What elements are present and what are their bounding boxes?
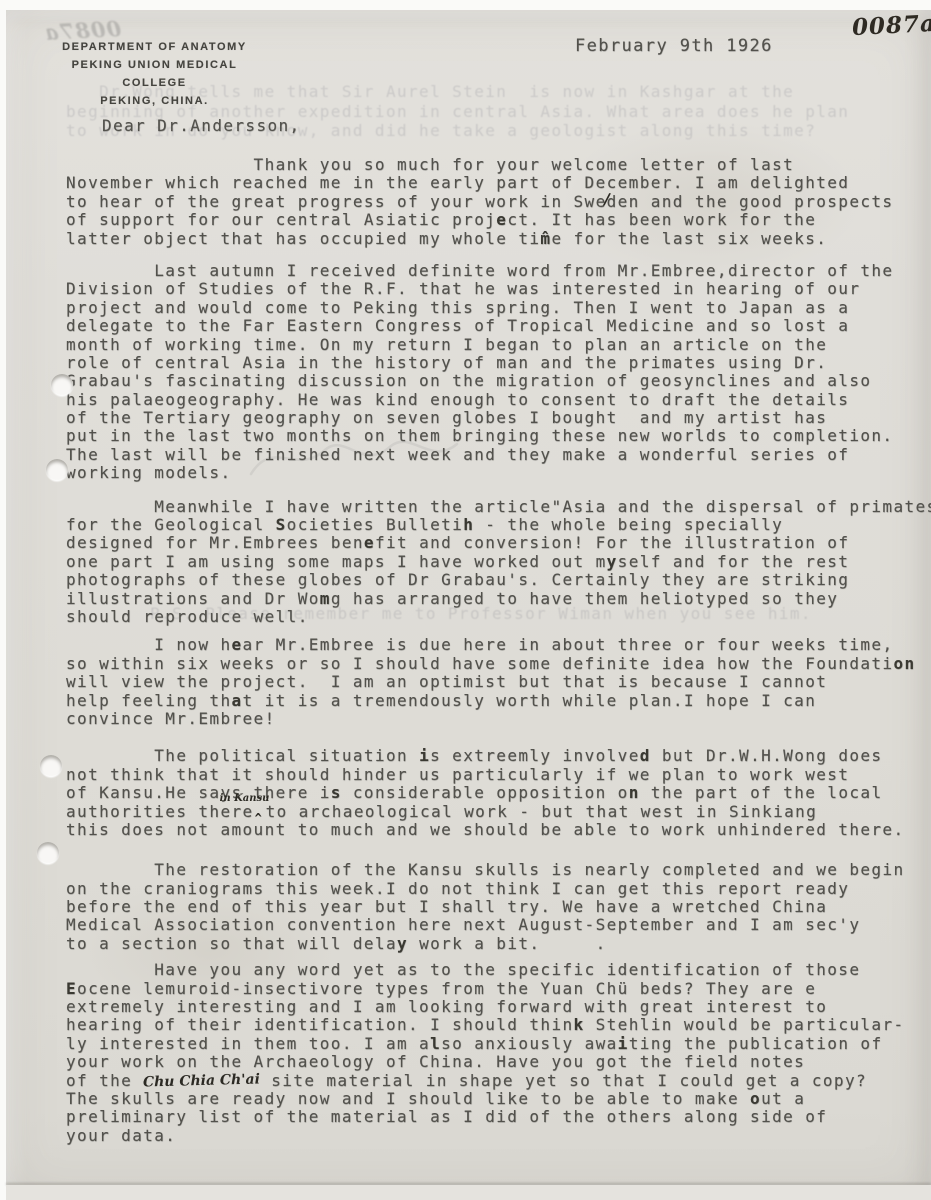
typed-line: put in the last two months on them bring…	[66, 427, 926, 445]
typed-line: extremely interesting and I am looking f…	[66, 998, 926, 1016]
typed-line: to hear of the great progress of your wo…	[66, 193, 926, 211]
typed-line: of support for our central Asiatic proje…	[66, 211, 926, 229]
overstrike-char: l	[430, 1034, 441, 1053]
typed-line: on the craniograms this week.I do not th…	[66, 880, 926, 898]
overstrike-char: m̂	[540, 229, 551, 248]
typed-line: will view the project. I am an optimist …	[66, 673, 926, 691]
overstrike-char: k	[574, 1015, 585, 1034]
typed-line: your data.	[66, 1127, 926, 1145]
typed-line: for the Geological Societies Bulletih - …	[66, 516, 926, 534]
typed-line: The skulls are ready now and I should li…	[66, 1090, 926, 1108]
punch-hole	[51, 374, 73, 396]
typed-line: preliminary list of the material as I di…	[66, 1108, 926, 1126]
typed-line: Last autumn I received definite word fro…	[66, 262, 926, 280]
punch-hole	[37, 842, 59, 864]
overstrike-char: e	[364, 533, 375, 552]
typed-line: Division of Studies of the R.F. that he …	[66, 280, 926, 298]
salutation: Dear Dr.Andersson,	[102, 116, 301, 135]
punch-hole	[40, 755, 62, 777]
overstrike-char: on	[893, 654, 915, 673]
typed-line: The restoration of the Kansu skulls is n…	[66, 861, 926, 879]
handwritten-text: Chu Chia Ch'ai	[143, 1070, 260, 1091]
typed-line: Grabau's fascinating discussion on the m…	[66, 372, 926, 390]
overstrike-char: y	[607, 552, 618, 571]
letter-body: Thank you so much for your welcome lette…	[66, 156, 926, 1145]
typed-line: Meanwhile I have written the article"Asi…	[66, 498, 926, 516]
paragraph: I now hear Mr.Embree is due here in abou…	[66, 636, 926, 728]
typed-line: hearing of their identification. I shoul…	[66, 1016, 926, 1034]
typed-line: The political situation is extreemly inv…	[66, 747, 926, 765]
date-line: February 9th 1926	[575, 36, 773, 56]
typed-line: photographs of these globes of Dr Grabau…	[66, 571, 926, 589]
typed-line: this does not amount to much and we shou…	[66, 821, 926, 839]
typed-line: role of central Asia in the history of m…	[66, 354, 926, 372]
typed-line: help feeling that it is a tremendously w…	[66, 692, 926, 710]
typed-line: month of working time. On my return I be…	[66, 336, 926, 354]
overstrike-char: o	[750, 1089, 761, 1108]
typed-line: illustrations and Dr Womg has arranged t…	[66, 590, 926, 608]
overstrike-char: n	[629, 783, 640, 802]
typed-line: convince Mr.Embree!	[66, 710, 926, 728]
letterhead: DEPARTMENT OF ANATOMY PEKING UNION MEDIC…	[42, 38, 267, 110]
typed-line: should reproduce well.	[66, 608, 926, 626]
archive-code-bleedthrough: 0087a	[43, 16, 121, 45]
typed-line: of the Tertiary geography on seven globe…	[66, 409, 926, 427]
letterhead-line2: PEKING UNION MEDICAL COLLEGE	[42, 56, 267, 92]
paragraph: The restoration of the Kansu skulls is n…	[66, 861, 926, 953]
handwritten-mark: ∕	[602, 190, 605, 208]
overstrike-char: s	[331, 783, 342, 802]
typed-line: Thank you so much for your welcome lette…	[66, 156, 926, 174]
typed-line: of the Chu Chia Ch'ai site material in s…	[66, 1072, 926, 1090]
page-edge-below-fold	[6, 1185, 931, 1200]
overstrike-char: e	[232, 635, 243, 654]
typed-line: his palaeogeography. He was kind enough …	[66, 391, 926, 409]
caret-mark: ^	[255, 809, 264, 827]
typed-line: project and would come to Peking this sp…	[66, 299, 926, 317]
overstrike-char: e	[496, 210, 507, 229]
typed-line: ly interested in them too. I am also anx…	[66, 1035, 926, 1053]
typed-line: so within six weeks or so I should have …	[66, 655, 926, 673]
typed-line: one part I am using some maps I have wor…	[66, 553, 926, 571]
typed-line: latter object that has occupied my whole…	[66, 230, 926, 248]
overstrike-char: y	[397, 934, 408, 953]
overstrike-char: E	[66, 979, 77, 998]
typed-line: authorities therein Kansu^to archaeologi…	[66, 803, 926, 821]
handwritten-insertion: in Kansu^	[254, 803, 266, 821]
typed-line: before the end of this year but I shall …	[66, 898, 926, 916]
overstrike-char: i	[618, 1034, 629, 1053]
paragraph: Have you any word yet as to the specific…	[66, 961, 926, 1145]
overstrike-char: h	[463, 515, 474, 534]
typed-line: I now hear Mr.Embree is due here in abou…	[66, 636, 926, 654]
overstrike-char: S	[276, 515, 287, 534]
paragraph: Thank you so much for your welcome lette…	[66, 156, 926, 248]
overstrike-char: i	[419, 746, 430, 765]
paragraph: Last autumn I received definite word fro…	[66, 262, 926, 483]
typed-line: Eocene lemuroid-insectivore types from t…	[66, 980, 926, 998]
typed-line: delegate to the Far Eastern Congress of …	[66, 317, 926, 335]
typed-line: Medical Association convention here next…	[66, 916, 926, 934]
insertion-text: in Kansu	[220, 790, 270, 808]
typed-line: to a section so that will delay work a b…	[66, 935, 926, 953]
typed-line: designed for Mr.Embrees benefit and conv…	[66, 534, 926, 552]
paragraph: The political situation is extreemly inv…	[66, 747, 926, 839]
archive-code-handwritten: 0087a	[851, 10, 931, 41]
overstrike-char: m	[320, 589, 331, 608]
typed-line: The last will be finished next week and …	[66, 446, 926, 464]
scanned-letter-page: { "colors": { "paper": "#dedcd6", "ink":…	[0, 0, 931, 1200]
overstrike-char: d	[640, 746, 651, 765]
punch-hole	[46, 459, 68, 481]
typed-line: November which reached me in the early p…	[66, 174, 926, 192]
letterhead-line3: PEKING, CHINA.	[42, 92, 267, 110]
typed-line: your work on the Archaeology of China. H…	[66, 1053, 926, 1071]
overstrike-char: a	[232, 691, 243, 710]
typed-line: not think that it should hinder us parti…	[66, 766, 926, 784]
typed-line: working models.	[66, 464, 926, 482]
typed-line: Have you any word yet as to the specific…	[66, 961, 926, 979]
paragraph: Meanwhile I have written the article"Asi…	[66, 498, 926, 627]
typed-line: of Kansu.He says there is considerable o…	[66, 784, 926, 802]
